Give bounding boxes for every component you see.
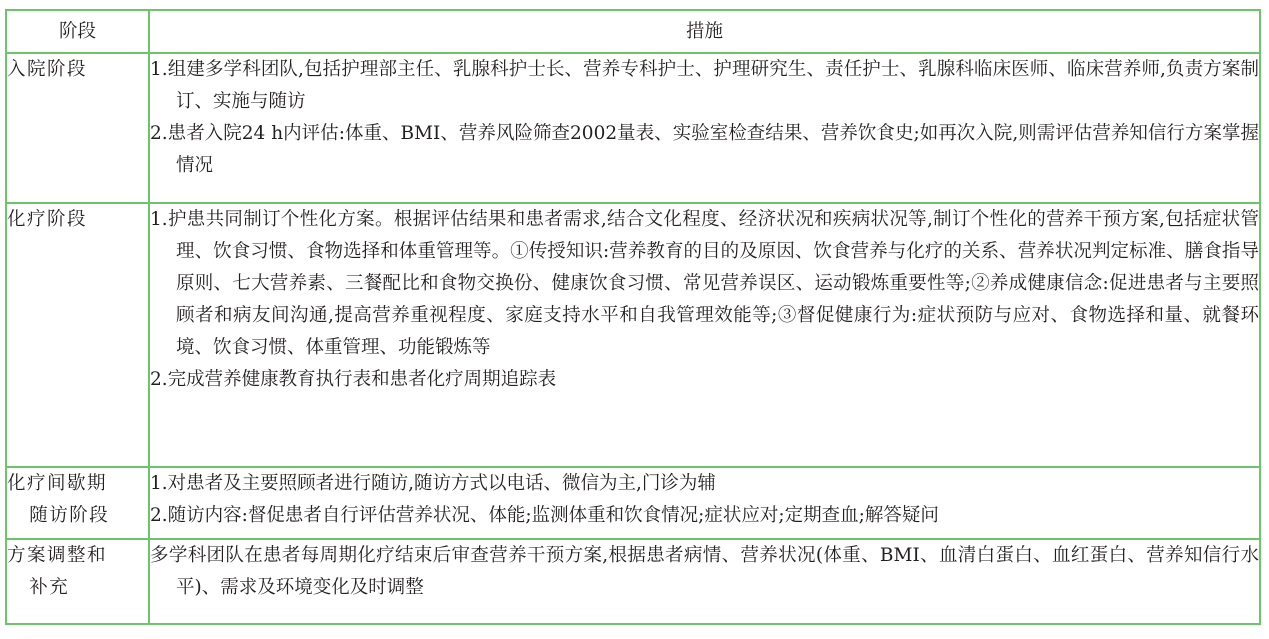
table-row: 入院阶段 1.组建多学科团队,包括护理部主任、乳腺科护士长、营养专科护士、护理研…: [6, 53, 1260, 203]
header-row: 阶段 措施: [6, 10, 1260, 53]
stage-label: 入院阶段: [7, 59, 87, 80]
measures-cell: 1.护患共同制订个性化方案。根据评估结果和患者需求,结合文化程度、经济状况和疾病…: [149, 203, 1260, 467]
measure-item: 1.组建多学科团队,包括护理部主任、乳腺科护士长、营养专科护士、护理研究生、责任…: [150, 54, 1259, 118]
measures-cell: 1.组建多学科团队,包括护理部主任、乳腺科护士长、营养专科护士、护理研究生、责任…: [149, 53, 1260, 203]
stage-label-line-1: 化疗间歇期: [7, 473, 107, 494]
stage-cell: 方案调整和 补充: [6, 539, 149, 624]
stage-label-line-1: 方案调整和: [7, 545, 107, 566]
stage-label: 化疗阶段: [7, 209, 87, 230]
table-row: 化疗阶段 1.护患共同制订个性化方案。根据评估结果和患者需求,结合文化程度、经济…: [6, 203, 1260, 467]
measures-cell: 多学科团队在患者每周期化疗结束后审查营养干预方案,根据患者病情、营养状况(体重、…: [149, 539, 1260, 624]
header-measures: 措施: [149, 10, 1260, 53]
stage-cell: 入院阶段: [6, 53, 149, 203]
measures-cell: 1.对患者及主要照顾者进行随访,随访方式以电话、微信为主,门诊为辅 2.随访内容…: [149, 467, 1260, 539]
measure-item: 2.完成营养健康教育执行表和患者化疗周期追踪表: [150, 364, 1259, 396]
measure-item: 1.护患共同制订个性化方案。根据评估结果和患者需求,结合文化程度、经济状况和疾病…: [150, 204, 1259, 364]
stage-cell: 化疗阶段: [6, 203, 149, 467]
header-stage: 阶段: [6, 10, 149, 53]
table-row: 化疗间歇期 随访阶段 1.对患者及主要照顾者进行随访,随访方式以电话、微信为主,…: [6, 467, 1260, 539]
nutrition-intervention-table: 阶段 措施 入院阶段 1.组建多学科团队,包括护理部主任、乳腺科护士长、营养专科…: [5, 9, 1261, 625]
stage-cell: 化疗间歇期 随访阶段: [6, 467, 149, 539]
measure-item: 1.对患者及主要照顾者进行随访,随访方式以电话、微信为主,门诊为辅: [150, 468, 1259, 500]
table-row: 方案调整和 补充 多学科团队在患者每周期化疗结束后审查营养干预方案,根据患者病情…: [6, 539, 1260, 624]
measure-text: 多学科团队在患者每周期化疗结束后审查营养干预方案,根据患者病情、营养状况(体重、…: [150, 540, 1259, 604]
measure-item: 2.随访内容:督促患者自行评估营养状况、体能;监测体重和饮食情况;症状应对;定期…: [150, 500, 1259, 532]
stage-label-line-2: 补充: [7, 572, 148, 604]
measure-item: 2.患者入院24 h内评估:体重、BMI、营养风险筛查2002量表、实验室检查结…: [150, 118, 1259, 182]
stage-label-line-2: 随访阶段: [7, 500, 148, 532]
